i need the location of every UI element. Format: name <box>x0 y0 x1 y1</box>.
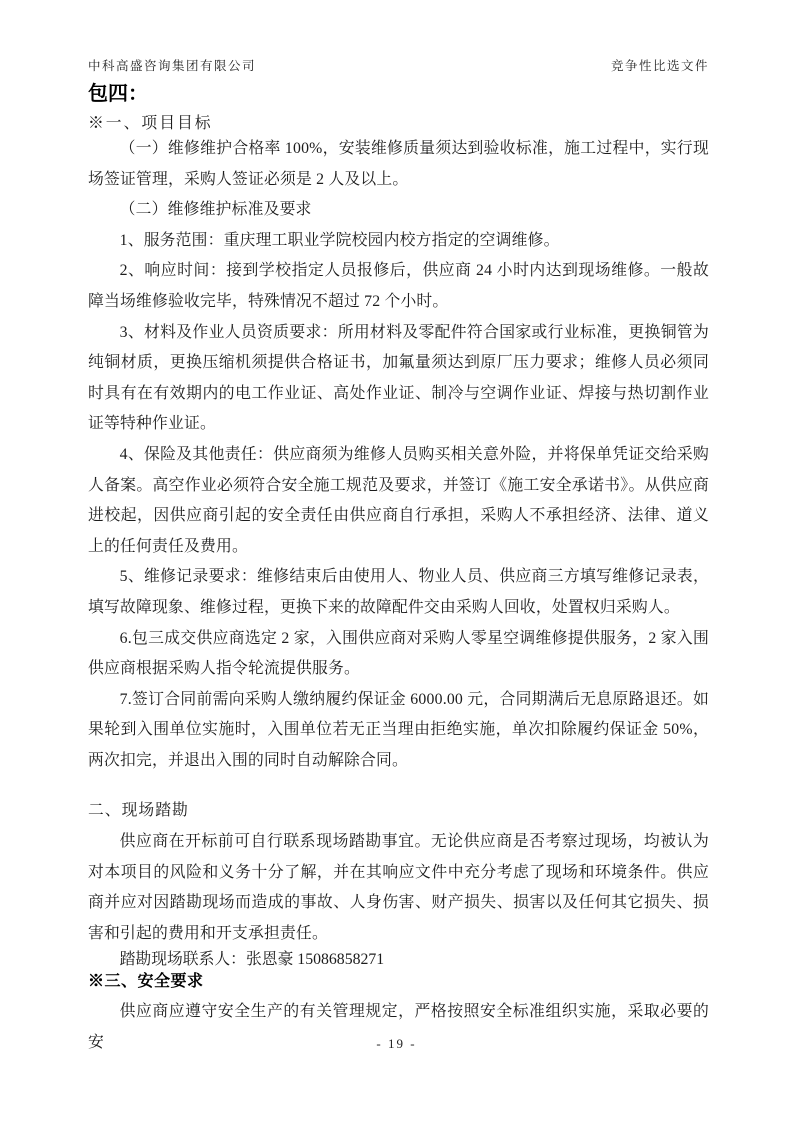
document-header: 中科高盛咨询集团有限公司 竞争性比选文件 <box>88 58 709 75</box>
page-number: - 19 - <box>0 1036 793 1052</box>
section-1-heading: ※一、项目目标 <box>88 113 709 134</box>
package-title: 包四： <box>88 81 709 107</box>
section-3-heading: ※三、安全要求 <box>88 971 709 993</box>
paragraph-item-5: 5、维修记录要求：维修结束后由使用人、物业人员、供应商三方填写维修记录表，填写故… <box>88 562 709 623</box>
paragraph-item-3: 3、材料及作业人员资质要求：所用材料及零配件符合国家或行业标准，更换铜管为纯铜材… <box>88 318 709 440</box>
document-content: 中科高盛咨询集团有限公司 竞争性比选文件 包四： ※一、项目目标 （一）维修维护… <box>88 58 709 1059</box>
paragraph-item-1: 1、服务范围：重庆理工职业学院校园内校方指定的空调维修。 <box>88 226 709 257</box>
header-company-name: 中科高盛咨询集团有限公司 <box>88 58 256 75</box>
paragraph-item-6: 6.包三成交供应商选定 2 家，入围供应商对采购人零星空调维修提供服务，2 家入… <box>88 624 709 685</box>
paragraph-item-2: 2、响应时间：接到学校指定人员报修后，供应商 24 小时内达到现场维修。一般故障… <box>88 256 709 317</box>
site-survey-paragraph: 供应商在开标前可自行联系现场踏勘事宜。无论供应商是否考察过现场，均被认为对本项目… <box>88 827 709 949</box>
paragraph-item-4: 4、保险及其他责任：供应商须为维修人员购买相关意外险，并将保单凭证交给采购人备案… <box>88 440 709 562</box>
header-document-type: 竞争性比选文件 <box>611 58 709 75</box>
section-2-heading: 二、现场踏勘 <box>88 796 709 827</box>
paragraph-item-7: 7.签订合同前需向采购人缴纳履约保证金 6000.00 元，合同期满后无息原路退… <box>88 685 709 777</box>
paragraph-goal-1: （一）维修维护合格率 100%，安装维修质量须达到验收标准，施工过程中，实行现场… <box>88 134 709 195</box>
document-page: 中科高盛咨询集团有限公司 竞争性比选文件 包四： ※一、项目目标 （一）维修维护… <box>0 0 793 1122</box>
survey-contact-line: 踏勘现场联系人：张恩豪 15086858271 <box>88 949 709 971</box>
paragraph-goal-2: （二）维修维护标准及要求 <box>88 195 709 226</box>
